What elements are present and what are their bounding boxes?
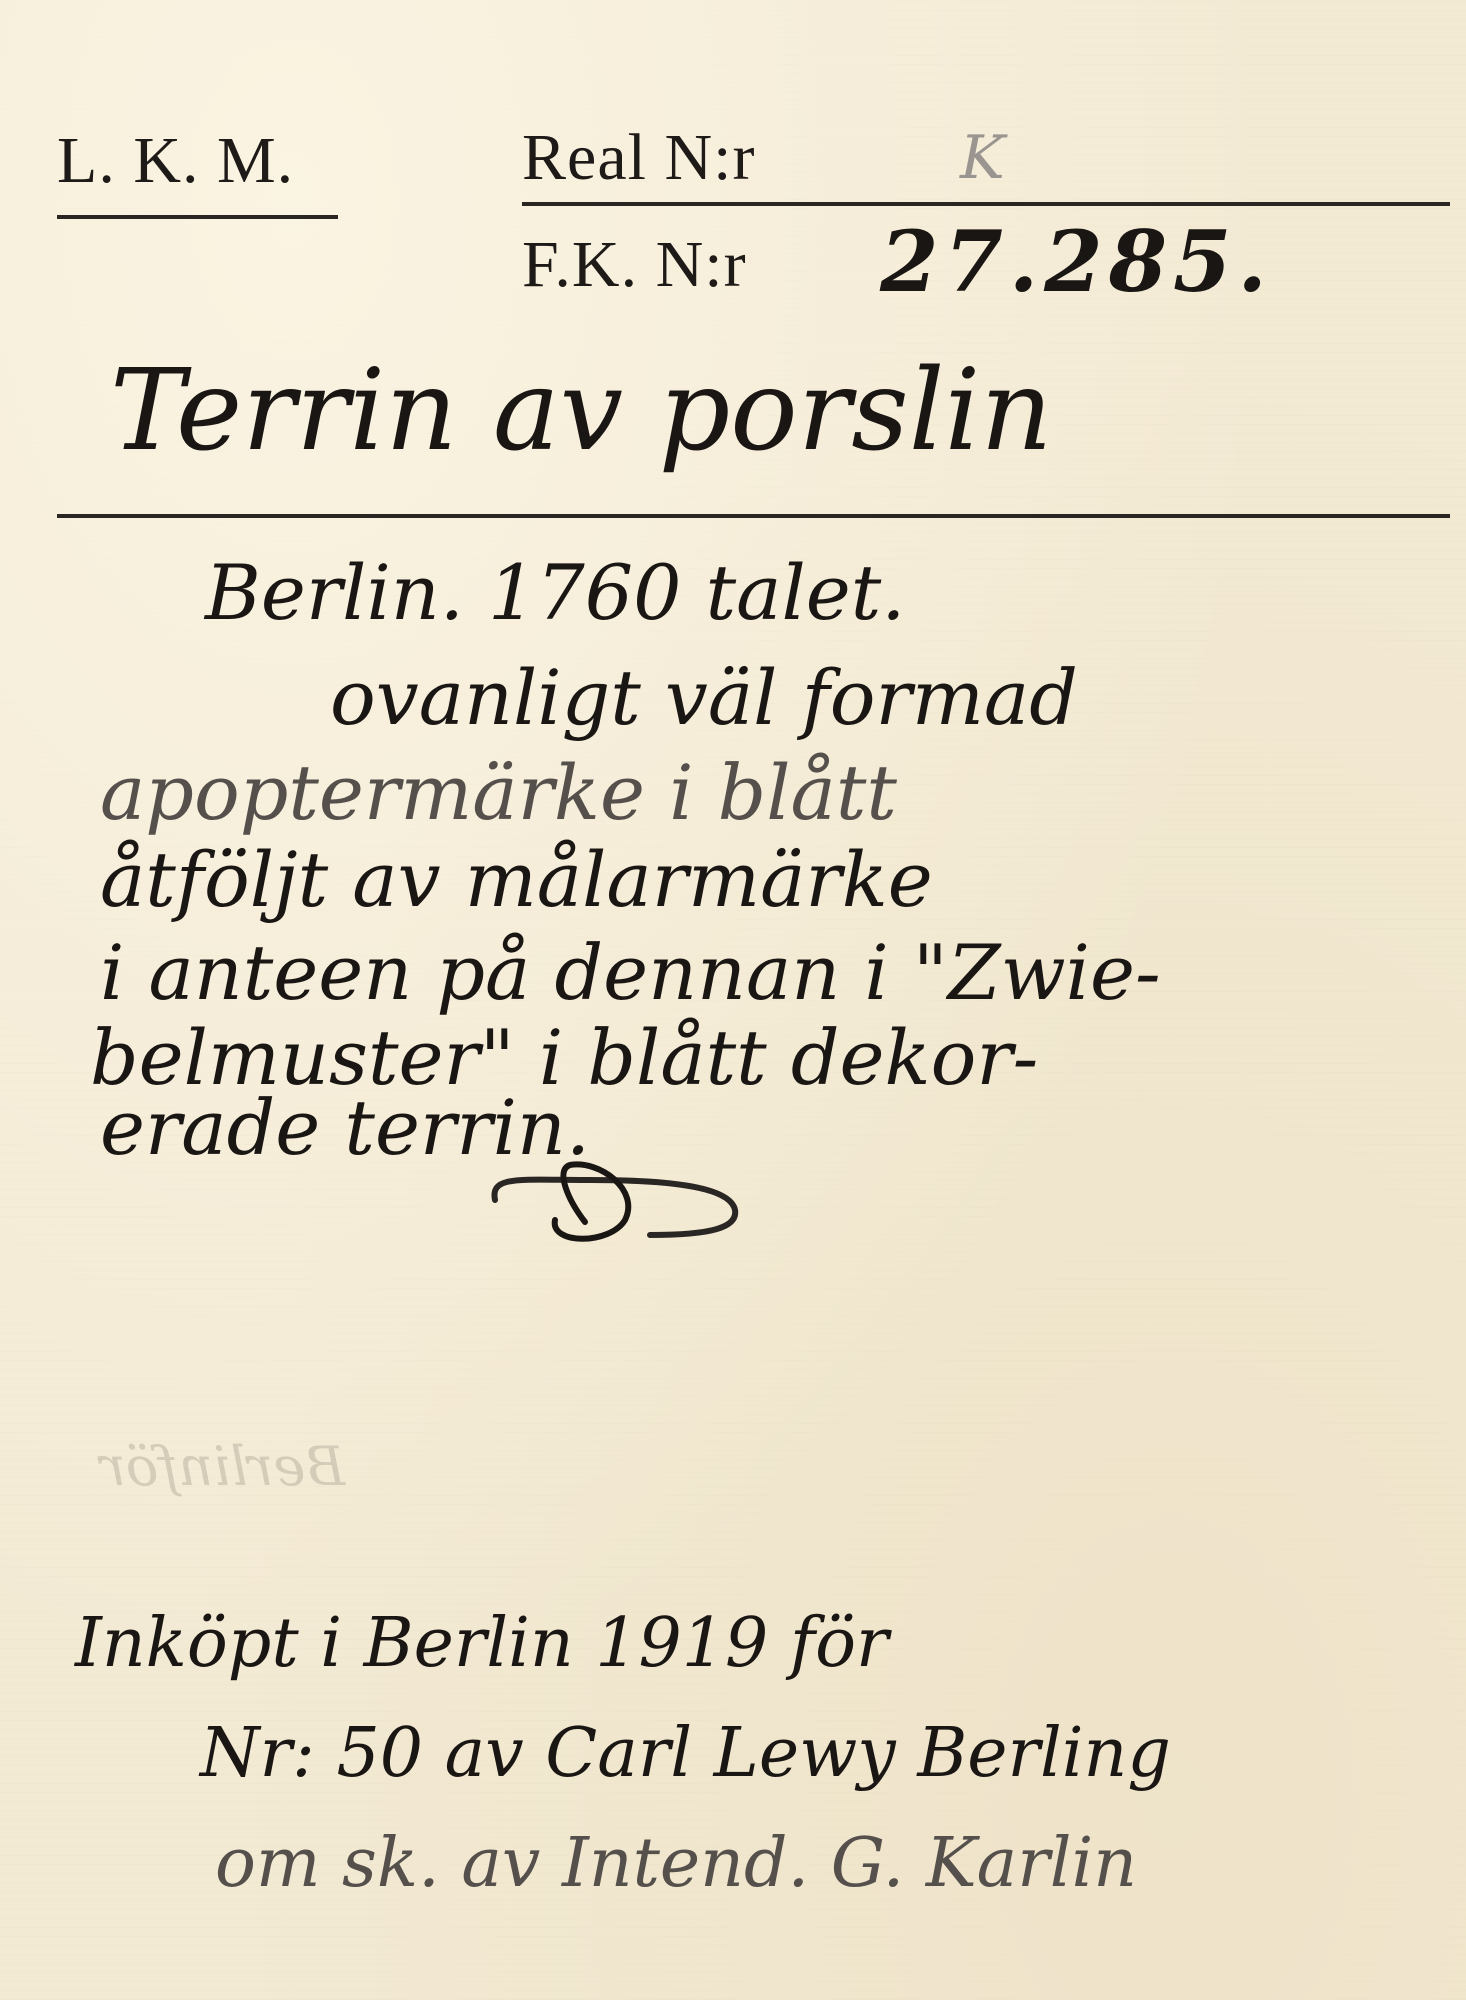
museum-abbrev-underline bbox=[57, 215, 338, 219]
catalog-card: L. K. M. Real N:r K F.K. N:r 27.285. Ter… bbox=[0, 0, 1466, 2000]
description-line-3: apoptermärke i blått bbox=[100, 755, 897, 831]
real-nr-label: Real N:r bbox=[522, 125, 755, 191]
signature-mark bbox=[480, 1140, 760, 1250]
title-rule bbox=[57, 514, 1450, 518]
acquisition-line-3: om sk. av Intend. G. Karlin bbox=[215, 1830, 1137, 1898]
acquisition-line-2: Nr: 50 av Carl Lewy Berling bbox=[200, 1720, 1171, 1788]
real-nr-rule bbox=[522, 202, 1450, 206]
bleed-through-text: Berlinför bbox=[100, 1440, 345, 1494]
fk-nr-value: 27.285. bbox=[880, 220, 1273, 304]
real-nr-value: K bbox=[960, 128, 1005, 188]
description-line-1: Berlin. 1760 talet. bbox=[205, 555, 905, 631]
museum-abbrev: L. K. M. bbox=[57, 128, 294, 194]
fk-nr-label: F.K. N:r bbox=[522, 232, 747, 298]
description-line-4: åtföljt av målarmärke bbox=[100, 842, 933, 918]
description-line-5: i anteen på dennan i "Zwie- bbox=[100, 935, 1161, 1011]
description-line-2: ovanligt väl formad bbox=[330, 660, 1078, 736]
object-title: Terrin av porslin bbox=[110, 355, 1052, 467]
acquisition-line-1: Inköpt i Berlin 1919 för bbox=[75, 1610, 889, 1678]
